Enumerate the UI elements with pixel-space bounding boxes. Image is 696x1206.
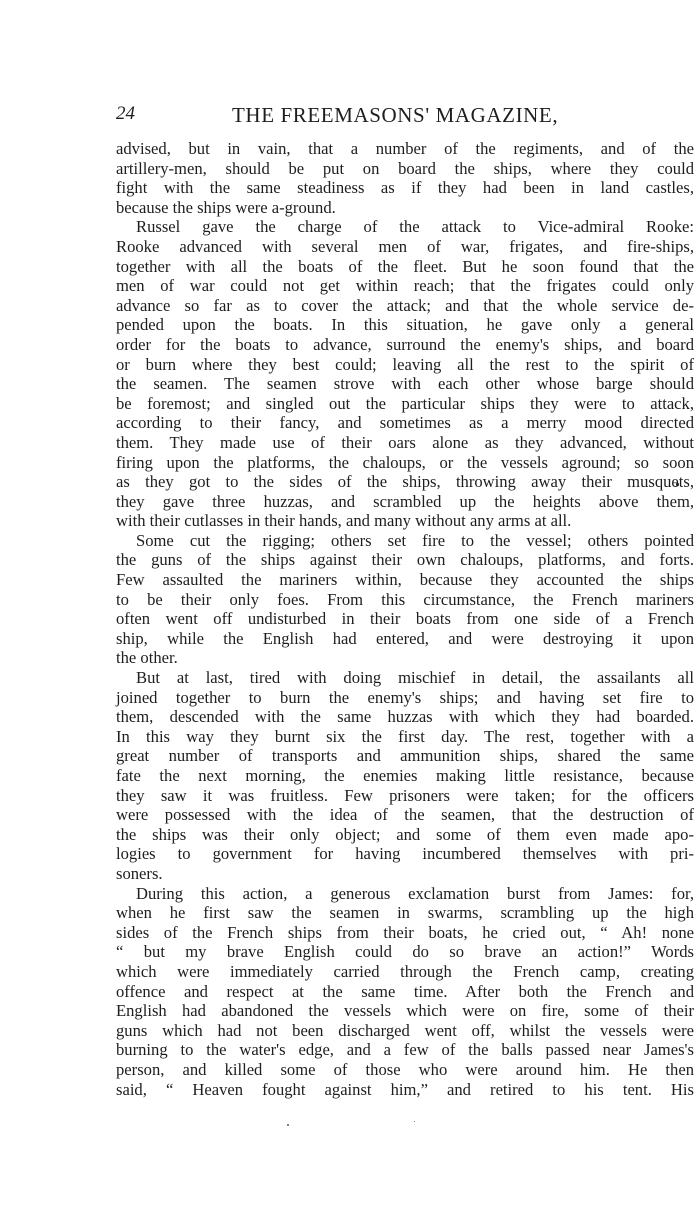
text-line: with their cutlasses in their hands, and… xyxy=(116,511,694,531)
text-line: order for the boats to advance, surround… xyxy=(116,335,694,355)
page-number: 24 xyxy=(116,103,135,125)
text-line: the other. xyxy=(116,648,694,668)
text-line: were possessed with the idea of the seam… xyxy=(116,805,694,825)
text-line: offence and respect at the same time. Af… xyxy=(116,982,694,1002)
print-speck xyxy=(676,483,679,486)
text-line: Rooke advanced with several men of war, … xyxy=(116,237,694,257)
text-line: But at last, tired with doing mischief i… xyxy=(116,668,694,688)
text-line: burning to the water's edge, and a few o… xyxy=(116,1040,694,1060)
text-line: be foremost; and singled out the particu… xyxy=(116,394,694,414)
running-title: THE FREEMASONS' MAGAZINE, xyxy=(232,103,558,128)
text-line: fate the next morning, the enemies makin… xyxy=(116,766,694,786)
text-line: them, descended with the same huzzas wit… xyxy=(116,707,694,727)
text-line: artillery-men, should be put on board th… xyxy=(116,159,694,179)
text-line: because the ships were a-ground. xyxy=(116,198,694,218)
print-speck xyxy=(414,1121,415,1122)
text-line: Some cut the rigging; others set fire to… xyxy=(116,531,694,551)
text-line: the ships was their only object; and som… xyxy=(116,825,694,845)
text-line: them. They made use of their oars alone … xyxy=(116,433,694,453)
text-line: In this way they burnt six the first day… xyxy=(116,727,694,747)
text-line: great number of transports and ammunitio… xyxy=(116,746,694,766)
text-line: they saw it was fruitless. Few prisoners… xyxy=(116,786,694,806)
text-line: when he first saw the seamen in swarms, … xyxy=(116,903,694,923)
text-line: which were immediately carried through t… xyxy=(116,962,694,982)
text-line: soners. xyxy=(116,864,694,884)
text-line: together with all the boats of the fleet… xyxy=(116,257,694,277)
text-line: they gave three huzzas, and scrambled up… xyxy=(116,492,694,512)
text-line: as they got to the sides of the ships, t… xyxy=(116,472,694,492)
text-line: said, “ Heaven fought against him,” and … xyxy=(116,1080,694,1100)
text-line: fight with the same steadiness as if the… xyxy=(116,178,694,198)
text-line: pended upon the boats. In this situation… xyxy=(116,315,694,335)
text-line: often went off undisturbed in their boat… xyxy=(116,609,694,629)
text-line: “ but my brave English could do so brave… xyxy=(116,942,694,962)
text-line: firing upon the platforms, the chaloups,… xyxy=(116,453,694,473)
text-line: logies to government for having incumber… xyxy=(116,844,694,864)
text-line: guns which had not been discharged went … xyxy=(116,1021,694,1041)
text-line: person, and killed some of those who wer… xyxy=(116,1060,694,1080)
text-line: Russel gave the charge of the attack to … xyxy=(116,217,694,237)
text-line: according to their fancy, and sometimes … xyxy=(116,413,694,433)
text-line: joined together to burn the enemy's ship… xyxy=(116,688,694,708)
text-line: sides of the French ships from their boa… xyxy=(116,923,694,943)
print-speck xyxy=(287,1124,289,1126)
page-header: 24 THE FREEMASONS' MAGAZINE, xyxy=(116,103,696,129)
text-line: or burn where they best could; leaving a… xyxy=(116,355,694,375)
text-line: the seamen. The seamen strove with each … xyxy=(116,374,694,394)
text-line: men of war could not get within reach; t… xyxy=(116,276,694,296)
text-line: Few assaulted the mariners within, becau… xyxy=(116,570,694,590)
text-line: English had abandoned the vessels which … xyxy=(116,1001,694,1021)
body-text: advised, but in vain, that a number of t… xyxy=(116,139,694,1099)
text-line: the guns of the ships against their own … xyxy=(116,550,694,570)
text-line: ship, while the English had entered, and… xyxy=(116,629,694,649)
text-line: During this action, a generous exclamati… xyxy=(116,884,694,904)
magazine-page: 24 THE FREEMASONS' MAGAZINE, advised, bu… xyxy=(0,0,696,1206)
text-line: advance so far as to cover the attack; a… xyxy=(116,296,694,316)
text-line: to be their only foes. From this circums… xyxy=(116,590,694,610)
text-line: advised, but in vain, that a number of t… xyxy=(116,139,694,159)
